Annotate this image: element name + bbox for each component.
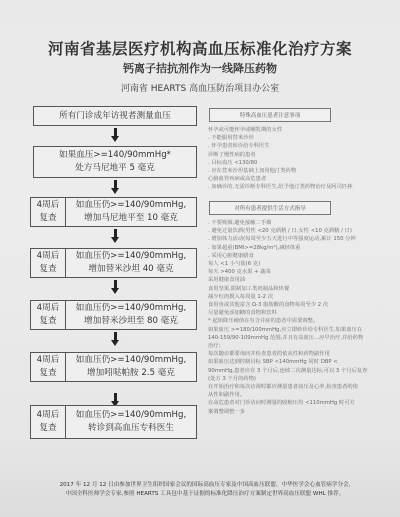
- followup-action: 如血压仍>=140/90mmHg, 增加马尼地平至 10 毫克: [66, 198, 196, 226]
- note-line: . 采用心脏健康膳食: [208, 252, 396, 260]
- followup-interval-line2: 复查: [39, 367, 56, 380]
- followup-treatment: 转诊到高血压专科医生: [88, 422, 174, 435]
- special-patients-heading-box: 特殊高血压患者注意事项: [209, 108, 331, 122]
- followup-interval-line2: 复查: [39, 212, 56, 225]
- followup-condition: 如血压仍>=140/90mmHg,: [76, 354, 186, 367]
- note-line: . 应在替米沙坦基础上加用他汀类药物: [208, 167, 396, 175]
- note-line: (处方 3 个月的药物): [208, 375, 396, 383]
- note-line: 减少红肉摄入每周量 1-2 次: [208, 293, 396, 301]
- followup-interval-line2: 复查: [39, 422, 56, 435]
- note-line: 每次随访都要询问并检查患者的依从性和药物副作用: [208, 350, 396, 358]
- followup-condition: 如血压仍>=140/90mmHg,: [76, 250, 186, 263]
- flow-step-initial-line2: 处方马尼地平 5 毫克: [75, 162, 155, 175]
- note-line: 怀孕或可能怀孕或哺乳期的女性: [208, 126, 396, 134]
- page-title: 河南省基层医疗机构高血压标准化治疗方案: [0, 37, 400, 59]
- note-line: . 增加体力活动(每周至少五天进行中等强度运动,累计 150 分钟: [208, 235, 396, 243]
- note-line: 尽量避免添加糖的食物和饮料: [208, 309, 396, 317]
- note-line: 在开始治疗和每次访视时都应测量患者血压及心率,检查患者的依: [208, 383, 396, 391]
- lifestyle-heading: 对所有患者提供生活方式指导: [234, 204, 306, 212]
- note-line: . 避免过量饮酒(男性 <20 克酒精 / 日,女性 <10 克酒精 / 日): [208, 227, 396, 235]
- flow-followup-2: 4周后 复查 如血压仍>=140/90mmHg, 增加替米沙坦 40 毫克: [30, 248, 197, 278]
- followup-treatment: 增加替米沙坦 40 毫克: [88, 263, 173, 276]
- note-line: . 如确诊的,无需诊断专科医生,给予他汀类药物治疗及阿司匹林: [208, 183, 396, 191]
- note-line: 每人 <1 小勺盐(6 克): [208, 260, 396, 268]
- issuing-office: 河南省 HEARTS 高血压防治项目办公室: [0, 81, 400, 94]
- followup-interval: 4周后 复查: [31, 198, 66, 226]
- flow-followup-1: 4周后 复查 如血压仍>=140/90mmHg, 增加马尼地平至 10 毫克: [30, 197, 197, 227]
- lifestyle-notes: . 不要吸烟,避免接触二手烟 . 避免过量饮酒(男性 <20 克酒精 / 日,女…: [208, 219, 396, 416]
- flow-step-initial-line1: 如果血压>=140/90mmHg*: [59, 149, 171, 162]
- followup-interval-line1: 4周后: [37, 409, 60, 422]
- note-line: . 不要吸烟,避免接触二手烟: [208, 219, 396, 227]
- note-line: 采用健康食用油: [208, 276, 396, 284]
- arrow-down-icon: [111, 332, 119, 346]
- note-line: 在高危患者对门诊访问时测量的收缩压均 <110mmHg 时可方: [208, 399, 396, 407]
- followup-interval-line1: 4周后: [37, 302, 60, 315]
- arrow-down-icon: [111, 229, 119, 243]
- flow-step-initial-treatment: 如果血压>=140/90mmHg* 处方马尼地平 5 毫克: [33, 146, 197, 178]
- followup-condition: 如血压仍>=140/90mmHg,: [76, 409, 186, 422]
- note-line: . 怀孕患者转诊给专科医生: [208, 142, 396, 150]
- note-line: 治疗;: [208, 342, 396, 350]
- arrow-down-icon: [111, 128, 119, 142]
- followup-interval-line1: 4周后: [37, 199, 60, 212]
- followup-interval: 4周后 复查: [31, 353, 66, 381]
- page-subtitle: 钙离子拮抗剂作为一线降压药物: [0, 60, 400, 76]
- note-line: 90mmHg,患者应在 3 个月后,连续二次测量达标,可以 3 个月后复查: [208, 367, 396, 375]
- flow-followup-3: 4周后 复查 如血压仍>=140/90mmHg, 增加替米沙坦至 80 毫克: [30, 300, 197, 330]
- footer-note: 2017 年 12 月 12 日由参加世界卫生组织国家会议的国际高血压专家及中国…: [30, 481, 380, 499]
- note-line: 食用坚果,限制加工类肉制品和快餐: [208, 285, 396, 293]
- followup-treatment: 增加马尼地平至 10 毫克: [84, 212, 178, 225]
- followup-interval-line1: 4周后: [37, 354, 60, 367]
- footer-line: 2017 年 12 月 12 日由参加世界卫生组织国家会议的国际高血压专家及中国…: [30, 481, 380, 490]
- note-line: . 目标血压 <130/80: [208, 159, 396, 167]
- note-line: 从性和副作用。: [208, 391, 396, 399]
- note-line: . 不能服用替米沙坦: [208, 134, 396, 142]
- followup-treatment: 增加吲哒帕胺 2.5 毫克: [87, 367, 175, 380]
- followup-interval-line2: 复查: [39, 315, 56, 328]
- flow-followup-4: 4周后 复查 如血压仍>=140/90mmHg, 增加吲哒帕胺 2.5 毫克: [30, 352, 197, 382]
- note-line: 如果血压达到控制目标 SBP <140mmHg 同时 DBP <: [208, 358, 396, 366]
- note-line: 每天 >400 克水果 + 蔬菜: [208, 268, 396, 276]
- lifestyle-heading-box: 对所有患者提供生活方式指导: [209, 201, 331, 215]
- note-line: . 如果超重(BMI>=28kg/m²),减轻体重: [208, 244, 396, 252]
- flow-step-screening: 所有门诊成年访视者测量血压: [33, 106, 197, 126]
- footer-line: 中国全科医师学会专家,参照 HEARTS 工具包中基于证据的标准化降压治疗方案制…: [30, 490, 380, 499]
- followup-action: 如血压仍>=140/90mmHg, 增加替米沙坦至 80 毫克: [66, 301, 196, 329]
- flow-followup-5: 4周后 复查 如血压仍>=140/90mmHg, 转诊到高血压专科医生: [30, 405, 197, 439]
- note-line: 案调整调整一步: [208, 408, 396, 416]
- followup-condition: 如血压仍>=140/90mmHg,: [76, 199, 186, 212]
- special-patients-heading: 特殊高血压患者注意事项: [240, 111, 301, 119]
- followup-interval: 4周后 复查: [31, 406, 66, 438]
- followup-interval-line2: 复查: [39, 263, 56, 276]
- arrow-down-icon: [111, 280, 119, 294]
- note-line: 诊断了慢性病的患者: [208, 151, 396, 159]
- note-line: 食用鱼或其他富含 Ω-3 脂肪酸的食物每周至少 2 次: [208, 301, 396, 309]
- followup-interval: 4周后 复查: [31, 249, 66, 277]
- arrow-down-icon: [111, 180, 119, 194]
- note-line: * 起始降压阈值在有合并症的患者中需要调整。: [208, 317, 396, 325]
- followup-interval: 4周后 复查: [31, 301, 66, 329]
- followup-action: 如血压仍>=140/90mmHg, 增加替米沙坦 40 毫克: [66, 249, 196, 277]
- flow-step-screening-text: 所有门诊成年访视者测量血压: [59, 110, 171, 123]
- special-patients-notes: 怀孕或可能怀孕或哺乳期的女性 . 不能服用替米沙坦 . 怀孕患者转诊给专科医生 …: [208, 126, 396, 192]
- followup-interval-line1: 4周后: [37, 250, 60, 263]
- followup-treatment: 增加替米沙坦至 80 毫克: [84, 315, 178, 328]
- followup-action: 如血压仍>=140/90mmHg, 转诊到高血压专科医生: [66, 406, 196, 438]
- followup-condition: 如血压仍>=140/90mmHg,: [76, 302, 186, 315]
- followup-action: 如血压仍>=140/90mmHg, 增加吲哒帕胺 2.5 毫克: [66, 353, 196, 381]
- note-line: 140-159/90-109mmHg 范围,并且有高血压...应早治疗,并给药物: [208, 334, 396, 342]
- note-line: 如果血压 >=180/100mmHg,应立即转诊给专科医生,如果血压在: [208, 326, 396, 334]
- note-line: 心脑血管疾病或高危患者: [208, 175, 396, 183]
